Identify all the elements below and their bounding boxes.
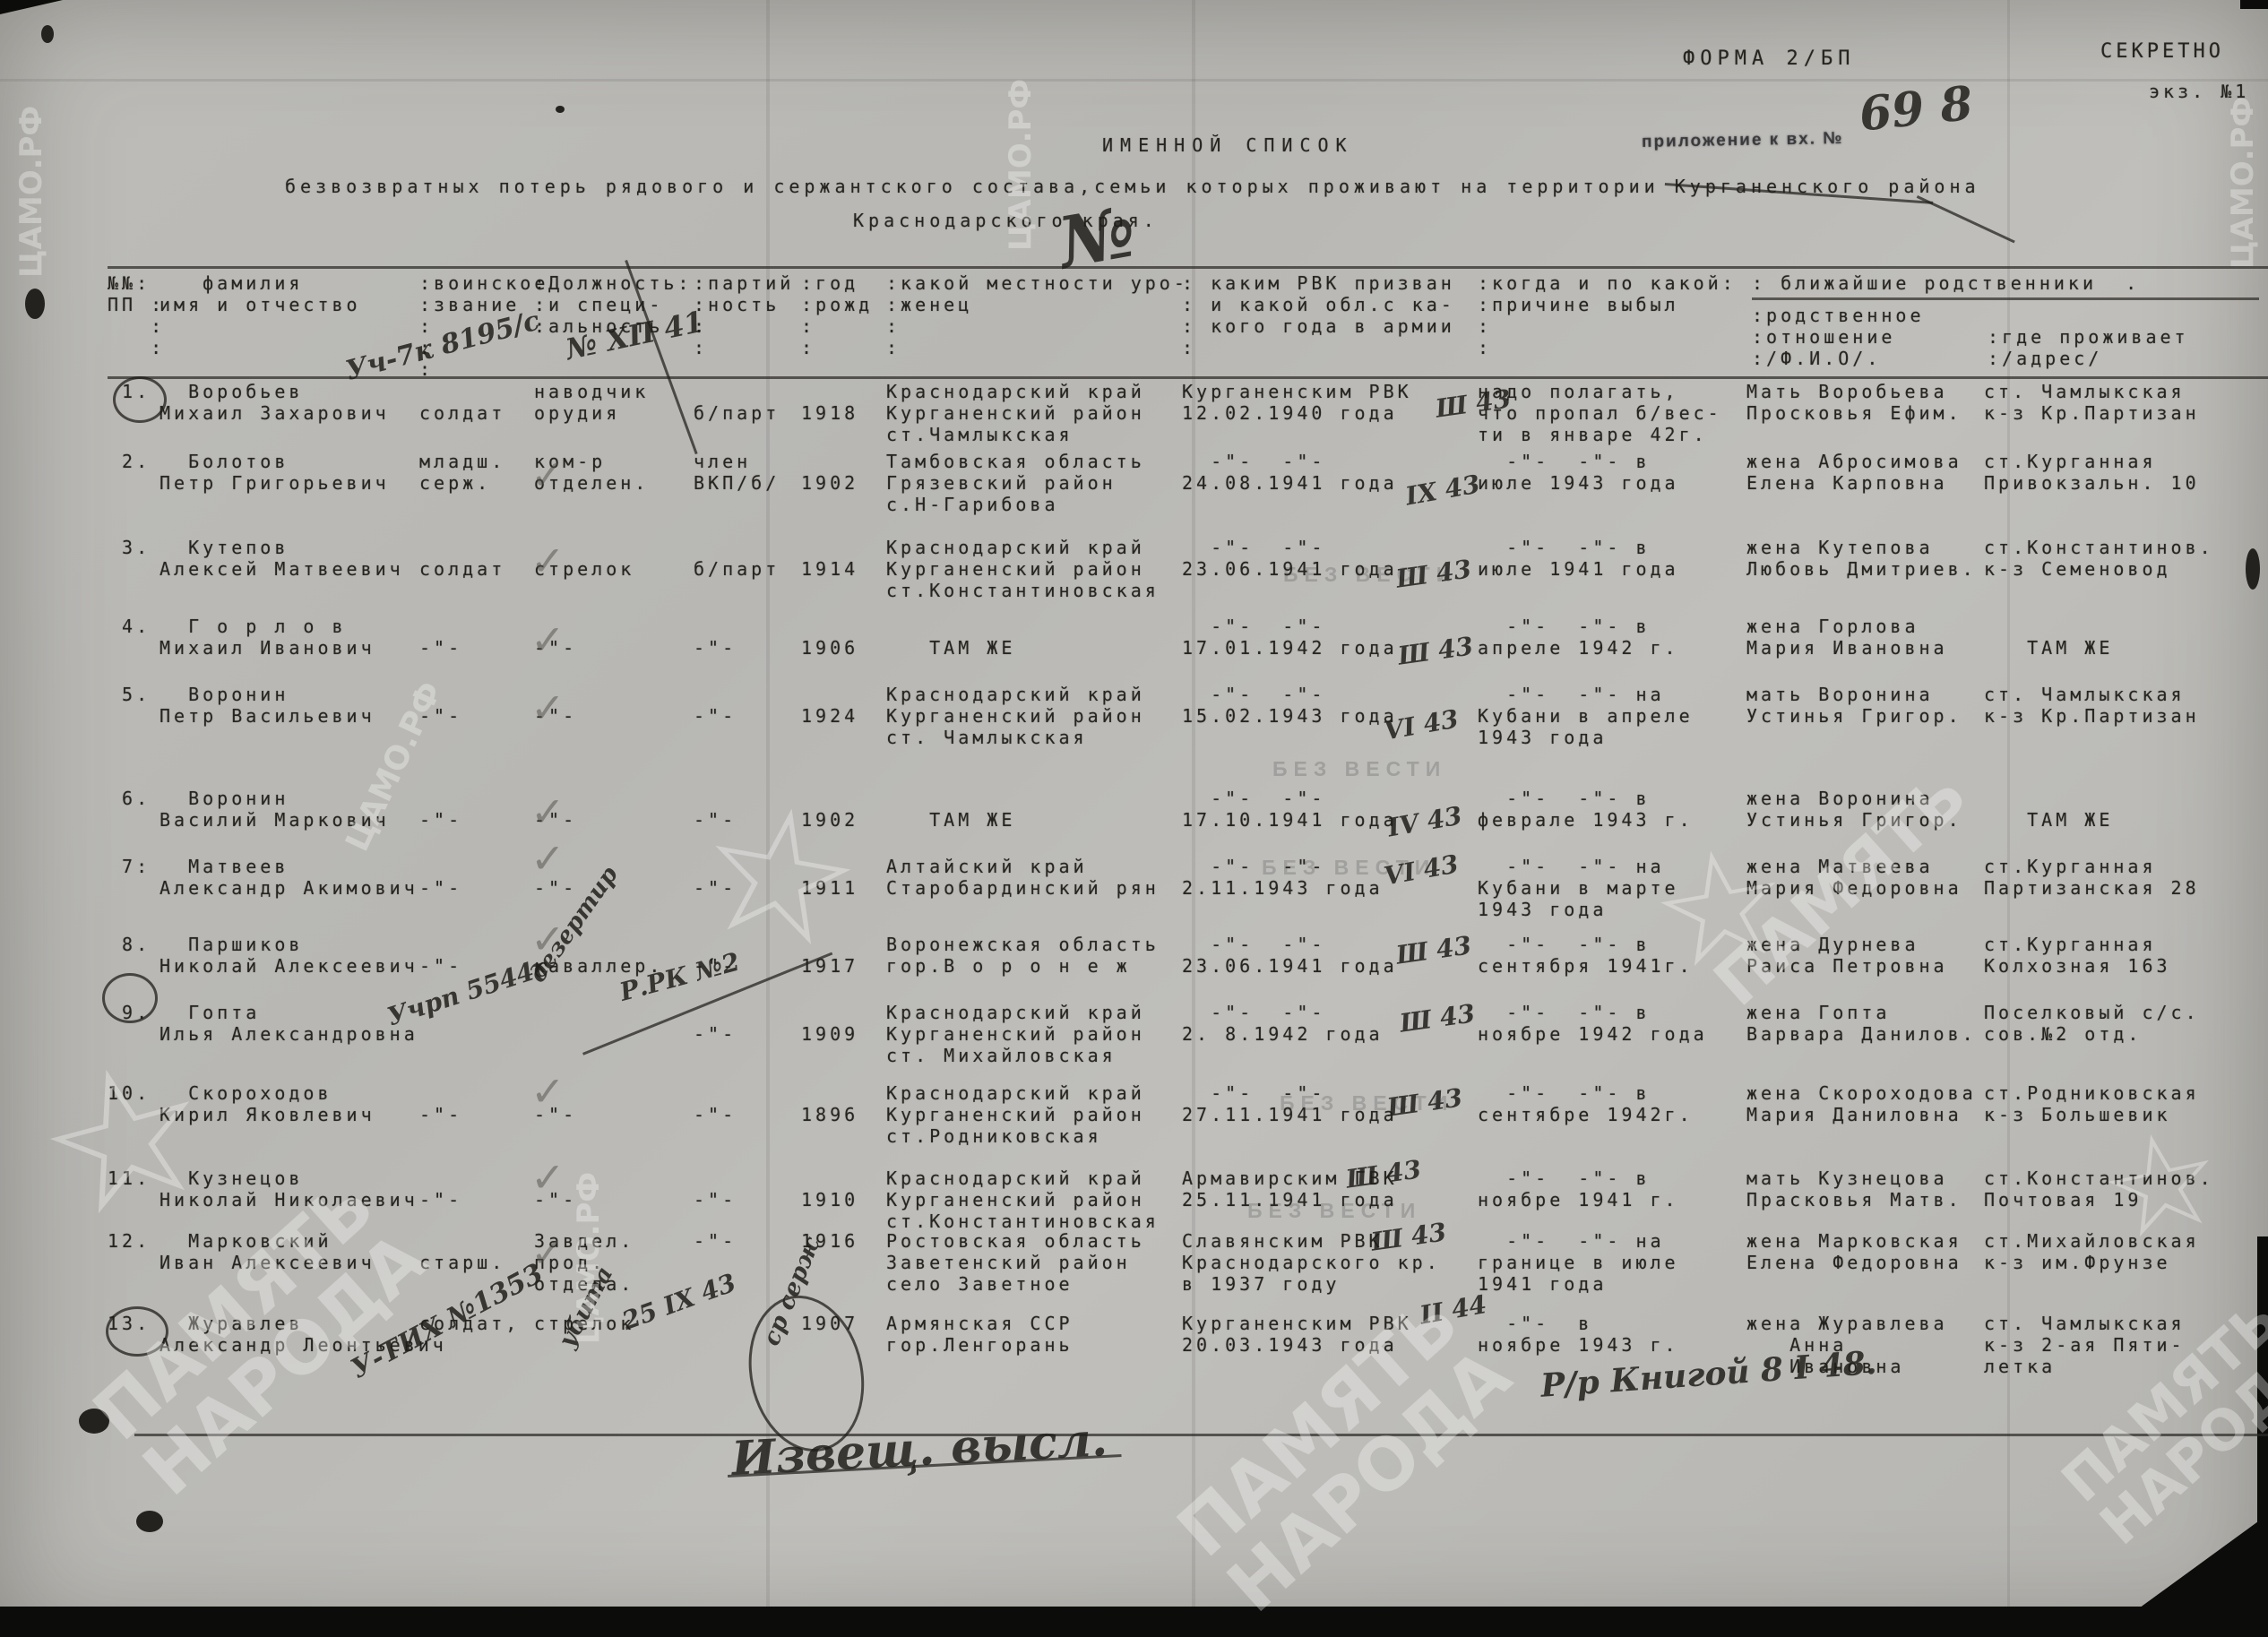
circle-mark — [113, 376, 167, 423]
pen-stroke — [625, 260, 697, 454]
check-mark: ✓ — [530, 915, 565, 963]
watermark: ПАМЯТЬ НАРОДА — [2052, 1288, 2268, 1555]
document-scan: ФОРМА 2/БП СЕКРЕТНО экз. №1 приложение к… — [0, 0, 2268, 1637]
handwriting: Ш 43 — [1434, 383, 1513, 423]
handwriting: IV 43 — [1385, 800, 1464, 842]
watermark: ЦАМО.РФ — [573, 1172, 605, 1344]
check-mark: ✓ — [530, 537, 565, 585]
watermark: ☆ — [18, 1022, 231, 1255]
check-mark: ✓ — [530, 1153, 565, 1202]
pen-stroke — [1917, 195, 2015, 243]
handwriting: Р/р Книгой 8 I 48. — [1539, 1344, 1878, 1405]
circle-mark — [102, 973, 158, 1023]
check-mark: ✓ — [530, 788, 565, 836]
handwriting: Ш 43 — [1396, 631, 1475, 670]
handwriting: № XII 41 — [563, 304, 707, 366]
check-mark: ✓ — [530, 1228, 565, 1277]
watermark: ЦАМО.РФ — [16, 106, 47, 278]
handwriting: Ш 43 — [1344, 1154, 1423, 1193]
handwriting: 25 IX 43 — [618, 1268, 740, 1336]
ghost-stamp: БЕЗ ВЕСТИ — [1272, 757, 1446, 781]
watermark: ЦАМО.РФ — [1005, 79, 1037, 251]
watermark: ☆ — [1640, 819, 1802, 999]
watermark: ЦАМО.РФ — [2228, 97, 2259, 269]
handwriting: Уч-7к 8195/с — [342, 305, 543, 386]
watermark: ЦАМО.РФ — [341, 677, 448, 857]
watermark: ☆ — [685, 771, 875, 982]
check-mark: ✓ — [530, 616, 565, 664]
annotation-layer: Уч-7к 8195/с№ XII 41№Ш 43IX 43Ш 43Ш 43VI… — [0, 0, 2268, 1637]
ghost-stamp: БЕЗ ВЕСТИ — [1280, 1091, 1453, 1116]
ghost-stamp: БЕЗ ВЕСТИ — [1283, 563, 1457, 587]
handwriting: Учрп 5544с — [384, 952, 552, 1031]
check-mark: ✓ — [530, 451, 565, 499]
watermark: ☆ — [2088, 1104, 2235, 1266]
ghost-stamp: БЕЗ ВЕСТИ — [1247, 1199, 1421, 1223]
check-mark: ✓ — [530, 834, 565, 883]
handwriting: Ш 43 — [1398, 998, 1477, 1038]
check-mark: ✓ — [530, 684, 565, 732]
handwriting: VI 43 — [1382, 703, 1461, 745]
ghost-stamp: БЕЗ ВЕСТИ — [1262, 856, 1436, 880]
handwriting: Ш 43 — [1394, 930, 1473, 969]
handwriting: IX 43 — [1403, 469, 1482, 511]
handwriting: № — [1053, 191, 1142, 284]
pen-stroke — [1665, 183, 1933, 204]
check-mark: ✓ — [530, 1067, 565, 1116]
watermark: ПАМЯТЬ НАРОДА — [1165, 1281, 1523, 1625]
